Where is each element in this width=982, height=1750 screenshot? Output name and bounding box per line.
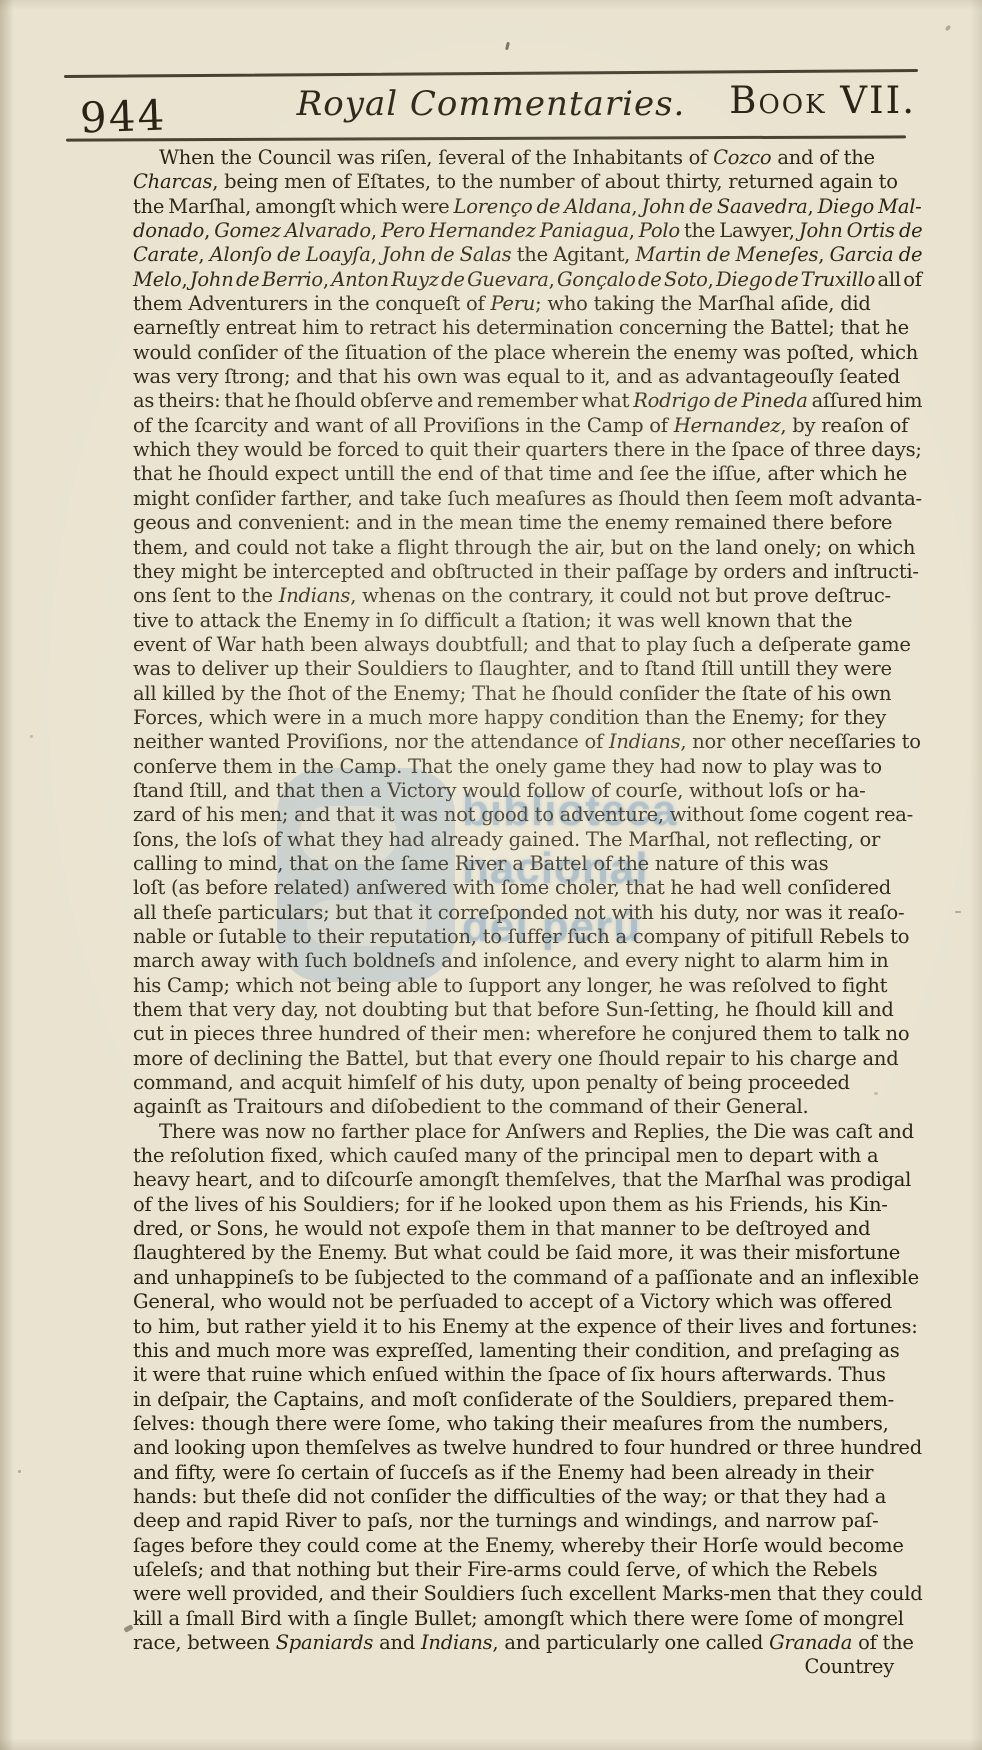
text-segment: , (629, 219, 639, 242)
body-text: When the Council was riſen, ſeveral of t… (133, 146, 922, 1680)
text-line: heavy heart, and to diſcourſe amongſt th… (133, 1168, 922, 1192)
text-segment: , (818, 243, 829, 266)
text-segment: march away with ſuch boldneſs and inſole… (133, 949, 888, 972)
text-line: this and much more was expreſſed, lament… (133, 1339, 922, 1363)
text-segment: of the lives of his Souldiers; for if he… (133, 1193, 888, 1216)
text-segment: the Agitant, (511, 243, 635, 266)
text-line: his Camp; which not being able to ſuppor… (133, 974, 922, 998)
text-segment: of the ſcarcity and want of all Proviſio… (133, 414, 674, 437)
proper-noun: Carate (133, 243, 198, 266)
text-segment: tive to attack the Enemy in ſo difficult… (133, 609, 852, 632)
text-line: and looking upon themſelves as twelve hu… (133, 1436, 922, 1460)
text-segment: , (181, 268, 189, 291)
text-segment: them that very day, not doubting but tha… (133, 998, 894, 1021)
text-line: Forces, which were in a much more happy … (133, 706, 922, 730)
proper-noun: Indians (421, 1631, 492, 1654)
text-segment: loſt (as before related) anſwered with ſ… (133, 876, 891, 899)
text-line: to him, but rather yield it to his Enemy… (133, 1315, 922, 1339)
text-line: which they would be forced to quit their… (133, 438, 922, 462)
text-segment: , being men of Eſtates, to the number of… (212, 170, 897, 193)
text-segment: aſſured him (808, 389, 923, 412)
text-line: Melo, John de Berrio, Anton Ruyz de Guev… (133, 268, 922, 292)
text-line: ons ſent to the Indians, whenas on the c… (133, 584, 922, 608)
proper-noun: donado (133, 219, 204, 242)
text-line: conſerve them in the Camp. That the onel… (133, 755, 922, 779)
proper-noun: Gonçalo de Soto (557, 268, 708, 291)
proper-noun: John Ortis de (799, 219, 923, 242)
proper-noun: Cozco (713, 146, 771, 169)
text-segment: them, and could not take a flight throug… (133, 536, 915, 559)
text-line: againſt as Traitours and diſobedient to … (133, 1095, 922, 1119)
text-segment: of the (852, 1631, 914, 1654)
text-segment: conſerve them in the Camp. That the onel… (133, 755, 882, 778)
text-line: in deſpair, the Captains, and moſt conſi… (133, 1388, 922, 1412)
proper-noun: Lorenço de Aldana (454, 195, 632, 218)
proper-noun: John de Salas (382, 243, 511, 266)
text-line: tive to attack the Enemy in ſo difficult… (133, 609, 922, 633)
text-segment: , by reaſon of (780, 414, 908, 437)
book-label: Book VII. (729, 79, 916, 122)
proper-noun: Rodrigo de Pineda (633, 389, 807, 412)
text-line: There was now no farther place for Anſwe… (133, 1120, 922, 1144)
text-segment: , whenas on the contrary, it could not b… (350, 584, 891, 607)
text-segment: in deſpair, the Captains, and moſt conſi… (133, 1388, 894, 1411)
text-segment: , (204, 219, 214, 242)
text-segment: and looking upon themſelves as twelve hu… (133, 1436, 922, 1459)
text-line: was very ſtrong; and that his own was eq… (133, 365, 922, 389)
ink-speck (505, 42, 510, 50)
text-line: was to deliver up their Souldiers to ſla… (133, 657, 922, 681)
text-segment: uſeleſs; and that nothing but their Fire… (133, 1558, 877, 1581)
header-rule-bottom (66, 135, 906, 141)
text-line: the Marſhal, amongſt which were Lorenço … (133, 195, 922, 219)
text-segment: more of declining the Battel, but that e… (133, 1047, 898, 1070)
text-line: them that very day, not doubting but tha… (133, 998, 922, 1022)
ink-speck (18, 1470, 21, 1473)
proper-noun: Anton Ruyz de Guevara (331, 268, 548, 291)
text-line: Charcas, being men of Eſtates, to the nu… (133, 170, 922, 194)
proper-noun: Charcas (133, 170, 212, 193)
text-segment: and fifty, were ſo certain of ſucceſs as… (133, 1461, 873, 1484)
text-line: ſages before they could come at the Enem… (133, 1534, 922, 1558)
text-line: they might be intercepted and obſtructed… (133, 560, 922, 584)
proper-noun: Melo (133, 268, 181, 291)
text-segment: General, who would not be perſuaded to a… (133, 1290, 892, 1313)
text-segment: geous and convenient: and in the mean ti… (133, 511, 892, 534)
text-line: dred, or Sons, he would not expoſe them … (133, 1217, 922, 1241)
text-segment: There was now no farther place for Anſwe… (159, 1120, 914, 1143)
text-line: ſons, the loſs of what they had already … (133, 828, 922, 852)
text-line: neither wanted Proviſions, nor the atten… (133, 730, 922, 754)
text-segment: earneſtly entreat him to retract his det… (133, 316, 909, 339)
text-line: zard of his men; and that it was not goo… (133, 803, 922, 827)
text-segment: cut in pieces three hundred of their men… (133, 1022, 909, 1045)
text-line: all theſe particulars; but that it corre… (133, 901, 922, 925)
text-segment: , (371, 243, 382, 266)
text-segment: all of (875, 268, 922, 291)
text-segment: and unhappineſs to be ſubjected to the c… (133, 1266, 919, 1289)
text-line: earneſtly entreat him to retract his det… (133, 316, 922, 340)
text-line: of the lives of his Souldiers; for if he… (133, 1193, 922, 1217)
text-line: General, who would not be perſuaded to a… (133, 1290, 922, 1314)
paragraph: There was now no farther place for Anſwe… (133, 1120, 922, 1656)
text-segment: which they would be forced to quit their… (133, 438, 922, 461)
proper-noun: Alonſo de Loayſa (210, 243, 371, 266)
text-line: march away with ſuch boldneſs and inſole… (133, 949, 922, 973)
text-line: might conſider farther, and take ſuch me… (133, 487, 922, 511)
text-line: deep and rapid River to paſs, nor the tu… (133, 1509, 922, 1533)
text-segment: they might be intercepted and obſtructed… (133, 560, 919, 583)
header-rule-top (64, 69, 918, 78)
text-line: as theirs: that he ſhould obſerve and re… (133, 389, 922, 413)
proper-noun: Granada (769, 1631, 852, 1654)
ink-speck (30, 735, 33, 738)
text-segment: , (631, 195, 641, 218)
text-line: of the ſcarcity and want of all Proviſio… (133, 414, 922, 438)
text-line: loſt (as before related) anſwered with ſ… (133, 876, 922, 900)
text-line: ſelves: though there were ſome, who taki… (133, 1412, 922, 1436)
text-segment: nable or ſutable to their reputation, to… (133, 925, 909, 948)
text-line: uſeleſs; and that nothing but their Fire… (133, 1558, 922, 1582)
text-segment: to him, but rather yield it to his Enemy… (133, 1315, 918, 1338)
text-line: nable or ſutable to their reputation, to… (133, 925, 922, 949)
text-segment: deep and rapid River to paſs, nor the tu… (133, 1509, 878, 1532)
ink-speck (874, 1092, 878, 1095)
text-line: cut in pieces three hundred of their men… (133, 1022, 922, 1046)
text-line: geous and convenient: and in the mean ti… (133, 511, 922, 535)
text-segment: and (373, 1631, 421, 1654)
text-segment: ons ſent to the (133, 584, 279, 607)
text-segment: as theirs: that he ſhould obſerve and re… (133, 389, 633, 412)
text-line: race, between Spaniards and Indians, and… (133, 1631, 922, 1655)
proper-noun: Indians (279, 584, 350, 607)
proper-noun: Spaniards (276, 1631, 373, 1654)
text-segment: them Adventurers in the conqueſt of (133, 292, 490, 315)
text-segment: command, and acquit himſelf of his duty,… (133, 1071, 850, 1094)
proper-noun: Pero Hernandez Paniagua (381, 219, 629, 242)
text-line: ſlaughtered by the Enemy. But what could… (133, 1241, 922, 1265)
ink-speck (945, 24, 952, 31)
proper-noun: Polo (639, 219, 680, 242)
text-segment: ſelves: though there were ſome, who taki… (133, 1412, 889, 1435)
text-line: kill a ſmall Bird with a ſingle Bullet; … (133, 1607, 922, 1631)
text-line: and unhappineſs to be ſubjected to the c… (133, 1266, 922, 1290)
text-segment: , (708, 268, 716, 291)
text-line: event of War hath been always doubtfull;… (133, 633, 922, 657)
text-segment: , nor other neceſſaries to (680, 730, 920, 753)
text-segment: his Camp; which not being able to ſuppor… (133, 974, 887, 997)
text-segment: hands: but theſe did not conſider the di… (133, 1485, 886, 1508)
text-segment: , (549, 268, 557, 291)
proper-noun: Martin de Meneſes (635, 243, 818, 266)
proper-noun: Hernandez (674, 414, 781, 437)
text-line: more of declining the Battel, but that e… (133, 1047, 922, 1071)
text-line: the reſolution fixed, which cauſed many … (133, 1144, 922, 1168)
text-segment: Forces, which were in a much more happy … (133, 706, 886, 729)
proper-noun: Garcia de (830, 243, 923, 266)
text-segment: ſons, the loſs of what they had already … (133, 828, 880, 851)
text-segment: this and much more was expreſſed, lament… (133, 1339, 900, 1362)
text-segment: dred, or Sons, he would not expoſe them … (133, 1217, 870, 1240)
ink-speck (955, 911, 961, 913)
proper-noun: John de Berrio (190, 268, 323, 291)
text-line: would conſider of the ſituation of the p… (133, 341, 922, 365)
text-segment: all killed by the ſhot of the Enemy; Tha… (133, 682, 891, 705)
text-segment: zard of his men; and that it was not goo… (133, 803, 913, 826)
proper-noun: Diego de Truxillo (716, 268, 875, 291)
text-segment: was to deliver up their Souldiers to ſla… (133, 657, 892, 680)
text-segment: the Lawyer, (680, 219, 799, 242)
text-line: all killed by the ſhot of the Enemy; Tha… (133, 682, 922, 706)
text-segment: it were that ruine which enſued within t… (133, 1363, 886, 1386)
text-line: calling to mind, that on the ſame River … (133, 852, 922, 876)
text-segment: ſlaughtered by the Enemy. But what could… (133, 1241, 900, 1264)
text-segment: , (198, 243, 209, 266)
text-segment: , (371, 219, 381, 242)
text-segment: event of War hath been always doubtfull;… (133, 633, 911, 656)
text-segment: might conſider farther, and take ſuch me… (133, 487, 922, 510)
proper-noun: Gomez Alvarado (214, 219, 371, 242)
text-line: When the Council was riſen, ſeveral of t… (133, 146, 922, 170)
text-line: them, and could not take a flight throug… (133, 536, 922, 560)
text-segment: ſtand ſtill, and that then a Victory wou… (133, 779, 865, 802)
text-segment: neither wanted Proviſions, nor the atten… (133, 730, 609, 753)
text-line: hands: but theſe did not conſider the di… (133, 1485, 922, 1509)
proper-noun: Diego Mal- (818, 195, 922, 218)
text-line: command, and acquit himſelf of his duty,… (133, 1071, 922, 1095)
text-segment: , (808, 195, 818, 218)
text-segment: and of the (771, 146, 874, 169)
text-segment: calling to mind, that on the ſame River … (133, 852, 828, 875)
text-segment: heavy heart, and to diſcourſe amongſt th… (133, 1168, 911, 1191)
proper-noun: John de Saavedra (642, 195, 808, 218)
text-line: were well provided, and their Souldiers … (133, 1582, 922, 1606)
text-line: that he ſhould expect untill the end of … (133, 462, 922, 486)
text-segment: would conſider of the ſituation of the p… (133, 341, 918, 364)
text-segment: kill a ſmall Bird with a ſingle Bullet; … (133, 1607, 904, 1630)
text-segment: all theſe particulars; but that it corre… (133, 901, 904, 924)
text-line: donado, Gomez Alvarado, Pero Hernandez P… (133, 219, 922, 243)
text-line: Carate, Alonſo de Loayſa, John de Salas … (133, 243, 922, 267)
paragraph: When the Council was riſen, ſeveral of t… (133, 146, 922, 1120)
text-segment: the Marſhal, amongſt which were (133, 195, 454, 218)
proper-noun: Indians (609, 730, 680, 753)
text-segment: race, between (133, 1631, 276, 1654)
text-segment: ; who taking the Marſhal aſide, did (535, 292, 871, 315)
text-line: ſtand ſtill, and that then a Victory wou… (133, 779, 922, 803)
text-segment: againſt as Traitours and diſobedient to … (133, 1095, 809, 1118)
text-segment: When the Council was riſen, ſeveral of t… (159, 146, 713, 169)
text-segment: , (323, 268, 331, 291)
text-line: them Adventurers in the conqueſt of Peru… (133, 292, 922, 316)
proper-noun: Peru (490, 292, 535, 315)
text-segment: was very ſtrong; and that his own was eq… (133, 365, 900, 388)
catchword: Countrey (133, 1655, 922, 1679)
text-segment: ſages before they could come at the Enem… (133, 1534, 904, 1557)
text-segment: that he ſhould expect untill the end of … (133, 462, 907, 485)
text-line: it were that ruine which enſued within t… (133, 1363, 922, 1387)
text-segment: , and particularly one called (492, 1631, 769, 1654)
text-segment: the reſolution fixed, which cauſed many … (133, 1144, 878, 1167)
text-segment: were well provided, and their Souldiers … (133, 1582, 922, 1605)
book-page: biblioteca nacional del perú 944 Royal C… (0, 0, 982, 1750)
text-line: and fifty, were ſo certain of ſucceſs as… (133, 1461, 922, 1485)
